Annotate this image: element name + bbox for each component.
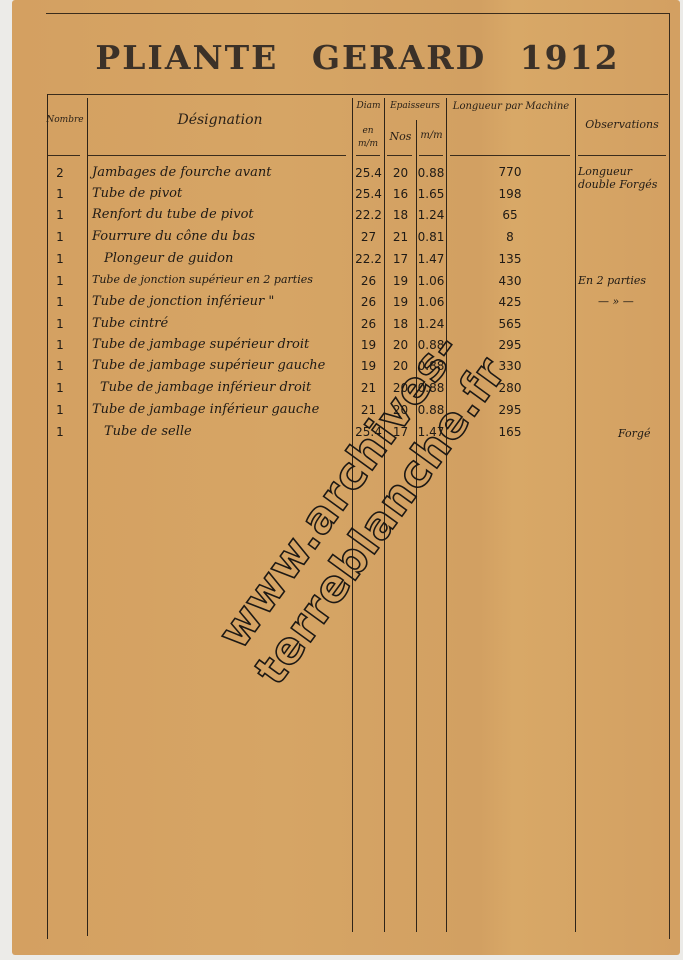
row-9-ep-mm: 0.88 bbox=[416, 338, 446, 352]
row-5-ep-no: 17 bbox=[385, 252, 416, 266]
row-5-diam: 22.2 bbox=[352, 252, 385, 266]
header-underline-observations bbox=[578, 155, 666, 156]
header-ep-mm: m/m bbox=[417, 130, 446, 141]
row-3-longueur: 65 bbox=[480, 208, 540, 222]
row-8-ep-no: 18 bbox=[385, 317, 416, 331]
page-border bbox=[46, 13, 670, 939]
row-12-longueur: 295 bbox=[480, 403, 540, 417]
header-underline-ep-num bbox=[387, 155, 412, 156]
row-9-diam: 19 bbox=[352, 338, 385, 352]
row-13-longueur: 165 bbox=[480, 425, 540, 439]
header-designation: Désignation bbox=[140, 112, 300, 128]
header-underline-designation bbox=[88, 155, 346, 156]
header-underline-ep-mm bbox=[419, 155, 443, 156]
row-11-nombre: 1 bbox=[48, 381, 72, 395]
header-nombre: Nombre bbox=[42, 115, 88, 125]
row-3-nombre: 1 bbox=[48, 208, 72, 222]
header-longueur: Longueur par Machine bbox=[447, 101, 575, 112]
row-13-observations: Forgé bbox=[618, 427, 650, 440]
row-10-nombre: 1 bbox=[48, 359, 72, 373]
row-4-longueur: 8 bbox=[480, 230, 540, 244]
row-9-longueur: 295 bbox=[480, 338, 540, 352]
row-1-nombre: 2 bbox=[48, 166, 72, 180]
row-8-ep-mm: 1.24 bbox=[416, 317, 446, 331]
row-9-ep-no: 20 bbox=[385, 338, 416, 352]
row-6-observations: En 2 parties bbox=[578, 274, 646, 287]
row-6-diam: 26 bbox=[352, 274, 385, 288]
row-5-longueur: 135 bbox=[480, 252, 540, 266]
row-2-longueur: 198 bbox=[480, 187, 540, 201]
column-line-nombre bbox=[87, 98, 88, 936]
row-5-designation: Plongeur de guidon bbox=[104, 251, 233, 266]
row-10-ep-no: 20 bbox=[385, 359, 416, 373]
row-2-nombre: 1 bbox=[48, 187, 72, 201]
row-1-observations: Longueur double Forgés bbox=[578, 165, 668, 191]
row-2-diam: 25.4 bbox=[352, 187, 385, 201]
row-9-designation: Tube de jambage supérieur droit bbox=[92, 337, 309, 352]
row-4-nombre: 1 bbox=[48, 230, 72, 244]
row-10-diam: 19 bbox=[352, 359, 385, 373]
column-line-ep-mm bbox=[446, 98, 447, 932]
row-12-diam: 21 bbox=[352, 403, 385, 417]
row-2-designation: Tube de pivot bbox=[92, 186, 182, 201]
row-4-ep-mm: 0.81 bbox=[416, 230, 446, 244]
row-4-diam: 27 bbox=[352, 230, 385, 244]
row-12-designation: Tube de jambage inférieur gauche bbox=[92, 402, 319, 417]
header-underline-longueur bbox=[450, 155, 570, 156]
row-6-nombre: 1 bbox=[48, 274, 72, 288]
row-12-nombre: 1 bbox=[48, 403, 72, 417]
row-7-observations: — » — bbox=[598, 295, 634, 308]
header-top-rule bbox=[48, 94, 668, 95]
column-line-diam bbox=[384, 98, 385, 932]
row-11-designation: Tube de jambage inférieur droit bbox=[100, 380, 311, 395]
row-4-designation: Fourrure du cône du bas bbox=[92, 229, 255, 244]
header-observations: Observations bbox=[576, 118, 668, 131]
row-11-longueur: 280 bbox=[480, 381, 540, 395]
row-6-designation: Tube de jonction supérieur en 2 parties bbox=[92, 273, 313, 286]
row-3-designation: Renfort du tube de pivot bbox=[92, 207, 254, 222]
row-6-ep-mm: 1.06 bbox=[416, 274, 446, 288]
row-6-ep-no: 19 bbox=[385, 274, 416, 288]
column-line-designation bbox=[352, 98, 353, 932]
row-6-longueur: 430 bbox=[480, 274, 540, 288]
row-2-ep-no: 16 bbox=[385, 187, 416, 201]
header-underline-nombre bbox=[48, 155, 80, 156]
column-line-longueur bbox=[575, 98, 576, 932]
header-ep-num: Nos bbox=[385, 130, 416, 143]
row-12-ep-mm: 0.88 bbox=[416, 403, 446, 417]
header-diam-unit: en m/m bbox=[355, 125, 381, 151]
row-4-ep-no: 21 bbox=[385, 230, 416, 244]
row-9-nombre: 1 bbox=[48, 338, 72, 352]
row-5-ep-mm: 1.47 bbox=[416, 252, 446, 266]
row-11-ep-no: 20 bbox=[385, 381, 416, 395]
row-1-diam: 25.4 bbox=[352, 166, 385, 180]
row-13-designation: Tube de selle bbox=[104, 424, 192, 439]
row-13-nombre: 1 bbox=[48, 425, 72, 439]
row-8-nombre: 1 bbox=[48, 317, 72, 331]
row-10-designation: Tube de jambage supérieur gauche bbox=[92, 358, 325, 373]
row-10-ep-mm: 0.88 bbox=[416, 359, 446, 373]
row-11-diam: 21 bbox=[352, 381, 385, 395]
row-7-ep-no: 19 bbox=[385, 295, 416, 309]
row-1-ep-no: 20 bbox=[385, 166, 416, 180]
header-diam: Diam bbox=[352, 101, 385, 111]
row-11-ep-mm: 0.88 bbox=[416, 381, 446, 395]
row-13-ep-no: 17 bbox=[385, 425, 416, 439]
row-13-diam: 25.4 bbox=[352, 425, 385, 439]
row-7-diam: 26 bbox=[352, 295, 385, 309]
row-3-ep-mm: 1.24 bbox=[416, 208, 446, 222]
document-title: PLIANTE GERARD 1912 bbox=[46, 38, 669, 77]
row-7-designation: Tube de jonction inférieur " bbox=[92, 294, 274, 309]
row-8-diam: 26 bbox=[352, 317, 385, 331]
row-8-longueur: 565 bbox=[480, 317, 540, 331]
row-7-nombre: 1 bbox=[48, 295, 72, 309]
row-7-ep-mm: 1.06 bbox=[416, 295, 446, 309]
header-underline-diam bbox=[356, 155, 380, 156]
row-3-ep-no: 18 bbox=[385, 208, 416, 222]
row-7-longueur: 425 bbox=[480, 295, 540, 309]
row-1-ep-mm: 0.88 bbox=[416, 166, 446, 180]
row-10-longueur: 330 bbox=[480, 359, 540, 373]
header-epaisseurs: Epaisseurs bbox=[383, 101, 447, 111]
row-1-designation: Jambages de fourche avant bbox=[92, 165, 271, 180]
row-2-ep-mm: 1.65 bbox=[416, 187, 446, 201]
row-13-ep-mm: 1.47 bbox=[416, 425, 446, 439]
row-3-diam: 22.2 bbox=[352, 208, 385, 222]
row-1-longueur: 770 bbox=[480, 165, 540, 179]
row-12-ep-no: 20 bbox=[385, 403, 416, 417]
row-5-nombre: 1 bbox=[48, 252, 72, 266]
row-8-designation: Tube cintré bbox=[92, 316, 168, 331]
